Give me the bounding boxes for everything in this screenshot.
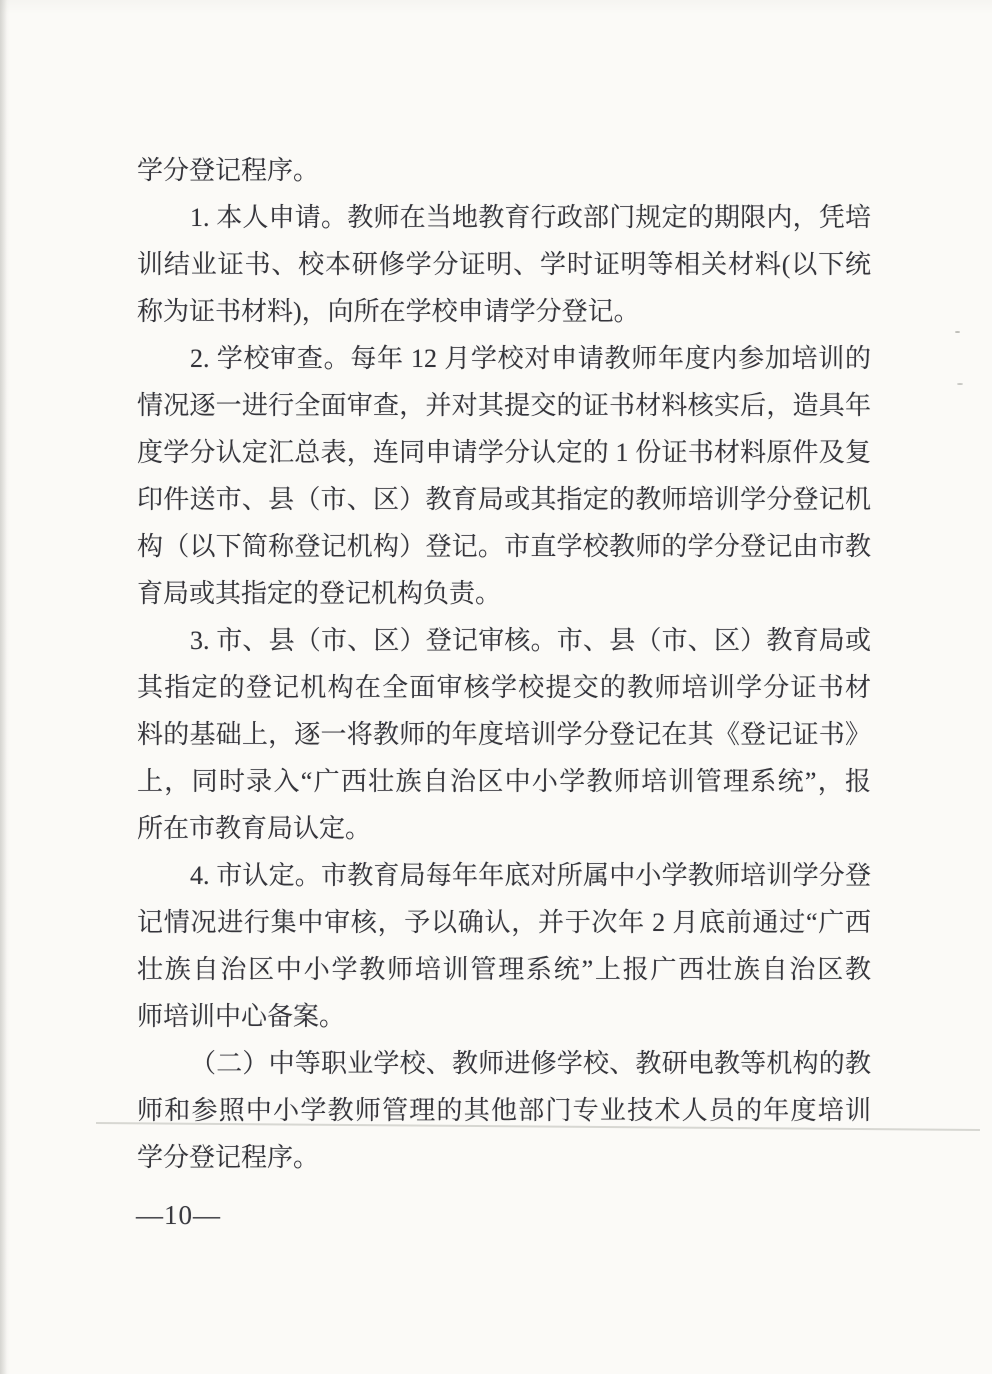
text-line: 训结业证书、校本研修学分证明、学时证明等相关材料(以下统	[137, 241, 871, 288]
scanned-page: 学分登记程序。 1. 本人申请。教师在当地教育行政部门规定的期限内，凭培 训结业…	[0, 0, 992, 1374]
text-line: 4. 市认定。市教育局每年年底对所属中小学教师培训学分登	[137, 852, 871, 899]
text-line: 其指定的登记机构在全面审核学校提交的教师培训学分证书材	[137, 664, 871, 711]
text-line: 称为证书材料)，向所在学校申请学分登记。	[137, 288, 871, 335]
text-line: 上，同时录入“广西壮族自治区中小学教师培训管理系统”，报	[137, 758, 871, 805]
text-line: 构（以下简称登记机构）登记。市直学校教师的学分登记由市教	[137, 523, 871, 570]
scan-speck-artifact	[957, 383, 963, 385]
text-line: 壮族自治区中小学教师培训管理系统”上报广西壮族自治区教	[137, 946, 871, 993]
text-line: 3. 市、县（市、区）登记审核。市、县（市、区）教育局或	[137, 617, 871, 664]
text-line: 度学分认定汇总表，连同申请学分认定的 1 份证书材料原件及复	[137, 429, 871, 476]
text-line: 学分登记程序。	[137, 147, 871, 194]
text-line: 情况逐一进行全面审查，并对其提交的证书材料核实后，造具年	[137, 382, 871, 429]
text-line: 料的基础上，逐一将教师的年度培训学分登记在其《登记证书》	[137, 711, 871, 758]
text-line: 学分登记程序。	[137, 1134, 871, 1181]
page-number: —10—	[136, 1200, 221, 1231]
text-line: 印件送市、县（市、区）教育局或其指定的教师培训学分登记机	[137, 476, 871, 523]
text-line: （二）中等职业学校、教师进修学校、教研电教等机构的教	[137, 1040, 871, 1087]
scan-speck-artifact	[955, 331, 960, 333]
page-text: 学分登记程序。 1. 本人申请。教师在当地教育行政部门规定的期限内，凭培 训结业…	[137, 147, 871, 1181]
text-line: 育局或其指定的登记机构负责。	[137, 570, 871, 617]
text-line: 记情况进行集中审核，予以确认，并于次年 2 月底前通过“广西	[137, 899, 871, 946]
scan-edge-artifact	[0, 0, 7, 1374]
text-line: 2. 学校审查。每年 12 月学校对申请教师年度内参加培训的	[137, 335, 871, 382]
text-line: 1. 本人申请。教师在当地教育行政部门规定的期限内，凭培	[137, 194, 871, 241]
text-line: 师培训中心备案。	[137, 993, 871, 1040]
text-line: 所在市教育局认定。	[137, 805, 871, 852]
